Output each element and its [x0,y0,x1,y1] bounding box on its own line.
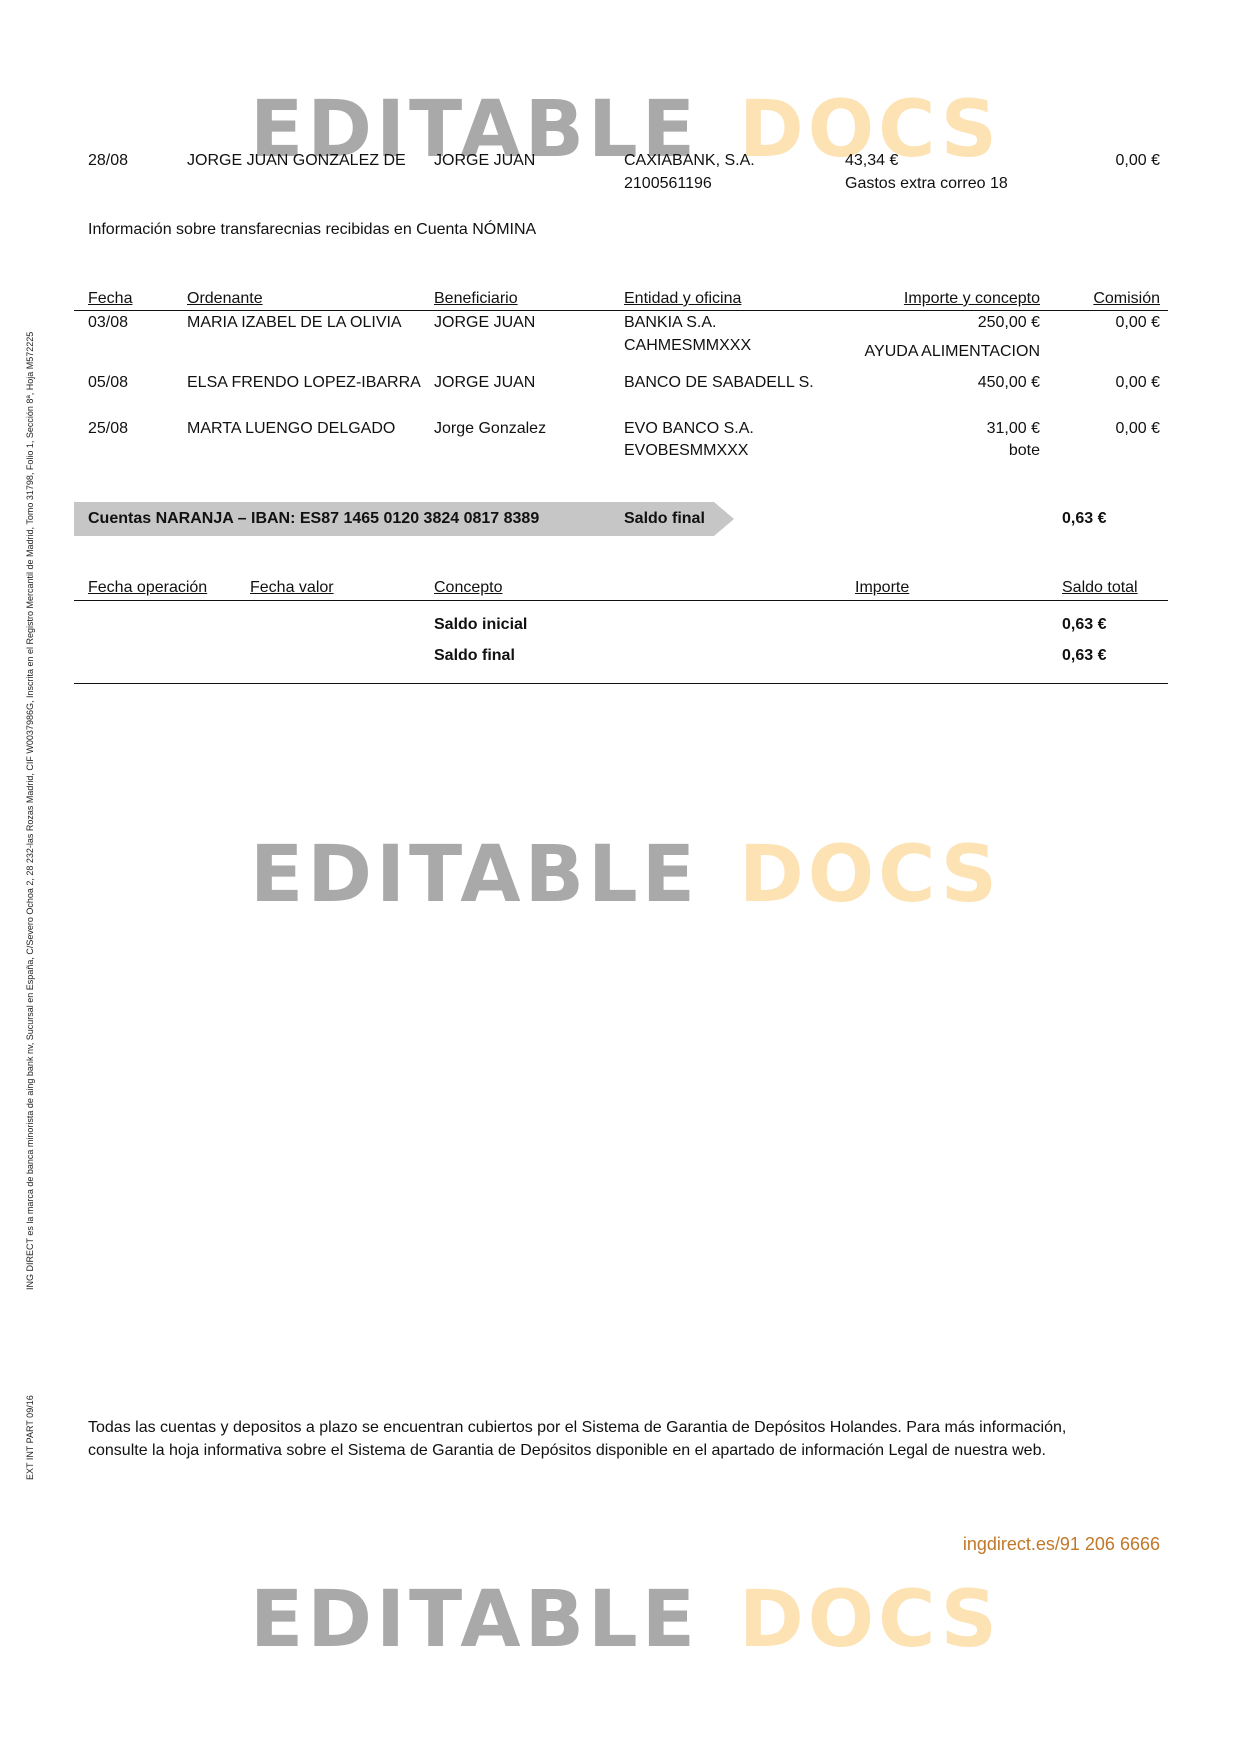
cell-beneficiario: JORGE JUAN [434,151,535,171]
saldo-final-value: 0,63 € [1062,509,1106,529]
cell-importe: 250,00 € [840,313,1040,333]
cell-fecha: 25/08 [88,419,128,439]
cell-ordenante: JORGE JUAN GONZALEZ DE [187,151,406,171]
header-entidad: Entidad y oficina [624,289,741,309]
cell-beneficiario: JORGE JUAN [434,373,535,393]
account-iban-label: Cuentas NARANJA – IBAN: ES87 1465 0120 3… [88,509,539,529]
header-fecha: Fecha [88,289,132,309]
cell-comision: 0,00 € [1060,373,1160,393]
cell-concepto: Gastos extra correo 18 [845,174,1008,194]
header-divider [74,310,1168,311]
cell-entidad: EVO BANCO S.A. [624,419,754,439]
cell-saldo: 0,63 € [1062,646,1106,666]
header-ordenante: Ordenante [187,289,263,309]
cell-comision: 0,00 € [1060,419,1160,439]
side-legal-text: ING DIRECT es la marca de banca minorist… [25,332,35,1290]
cell-entidad: BANCO DE SABADELL S. [624,373,814,393]
header-concepto: Concepto [434,578,503,598]
header-comision: Comisión [1060,289,1160,309]
cell-ordenante: MARIA IZABEL DE LA OLIVIA [187,313,402,333]
contact-link[interactable]: ingdirect.es/91 206 6666 [860,1534,1160,1555]
cell-concepto: AYUDA ALIMENTACION [800,342,1040,362]
cell-importe: 43,34 € [845,151,898,171]
saldo-final-label: Saldo final [624,509,705,529]
cell-oficina: EVOBESMMXXX [624,441,748,461]
cell-fecha: 05/08 [88,373,128,393]
deposit-guarantee-notice: Todas las cuentas y depositos a plazo se… [88,1416,1118,1462]
transfers-title: Información sobre transfarecnias recibid… [88,220,536,240]
cell-saldo: 0,63 € [1062,615,1106,635]
header-beneficiario: Beneficiario [434,289,518,309]
cell-entidad: CAXIABANK, S.A. [624,151,755,171]
header-fecha-valor: Fecha valor [250,578,334,598]
cell-concepto: Saldo final [434,646,515,666]
cell-oficina: CAHMESMMXXX [624,336,751,356]
side-form-code: EXT INT PART 09/16 [25,1395,35,1480]
cell-fecha: 03/08 [88,313,128,333]
header-saldo-total: Saldo total [1062,578,1138,598]
watermark: EDITABLEDOCS [250,835,1001,915]
cell-beneficiario: Jorge Gonzalez [434,419,546,439]
header-divider [74,600,1168,601]
cell-beneficiario: JORGE JUAN [434,313,535,333]
header-importe: Importe [855,578,909,598]
cell-comision: 0,00 € [1060,151,1160,171]
cell-concepto: Saldo inicial [434,615,527,635]
cell-comision: 0,00 € [1060,313,1160,333]
cell-importe: 450,00 € [840,373,1040,393]
table-bottom-divider [74,683,1168,684]
cell-oficina: 2100561196 [624,174,712,194]
header-fecha-operacion: Fecha operación [88,578,207,598]
cell-entidad: BANKIA S.A. [624,313,716,333]
cell-importe: 31,00 € [840,419,1040,439]
watermark: EDITABLEDOCS [250,1580,1001,1660]
cell-concepto: bote [840,441,1040,461]
cell-ordenante: MARTA LUENGO DELGADO [187,419,395,439]
cell-fecha: 28/08 [88,151,128,171]
header-importe: Importe y concepto [840,289,1040,309]
cell-ordenante: ELSA FRENDO LOPEZ-IBARRA [187,373,421,393]
